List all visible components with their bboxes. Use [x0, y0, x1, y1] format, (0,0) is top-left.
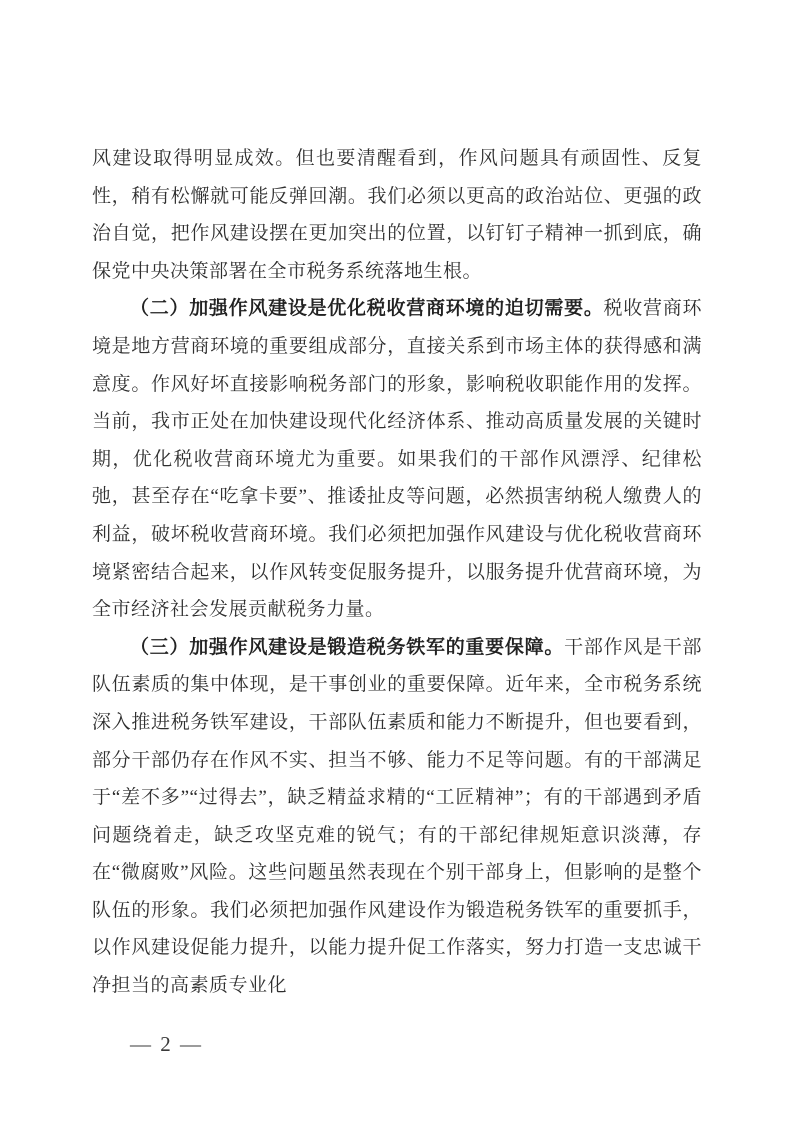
paragraph-body: 税收营商环境是地方营商环境的重要组成部分，直接关系到市场主体的获得感和满意度。作… — [92, 298, 702, 620]
paragraph-section-2: （二）加强作风建设是优化税收营商环境的迫切需要。税收营商环境是地方营商环境的重要… — [92, 290, 702, 628]
text-content: 风建设取得明显成效。但也要清醒看到，作风问题具有顽固性、反复性，稍有松懈就可能反… — [92, 140, 702, 1005]
section-heading: （二）加强作风建设是优化税收营商环境的迫切需要。 — [130, 298, 604, 319]
paragraph-body: 风建设取得明显成效。但也要清醒看到，作风问题具有顽固性、反复性，稍有松懈就可能反… — [92, 148, 702, 282]
paragraph-body: 干部作风是干部队伍素质的集中体现，是干事创业的重要保障。近年来，全市税务系统深入… — [92, 637, 702, 996]
paragraph-continuation: 风建设取得明显成效。但也要清醒看到，作风问题具有顽固性、反复性，稍有松懈就可能反… — [92, 140, 702, 290]
document-page: 风建设取得明显成效。但也要清醒看到，作风问题具有顽固性、反复性，稍有松懈就可能反… — [0, 0, 793, 1122]
section-heading: （三）加强作风建设是锻造税务铁军的重要保障。 — [130, 637, 564, 658]
paragraph-section-3: （三）加强作风建设是锻造税务铁军的重要保障。干部作风是干部队伍素质的集中体现，是… — [92, 629, 702, 1005]
page-number: — 2 — — [130, 1032, 203, 1057]
